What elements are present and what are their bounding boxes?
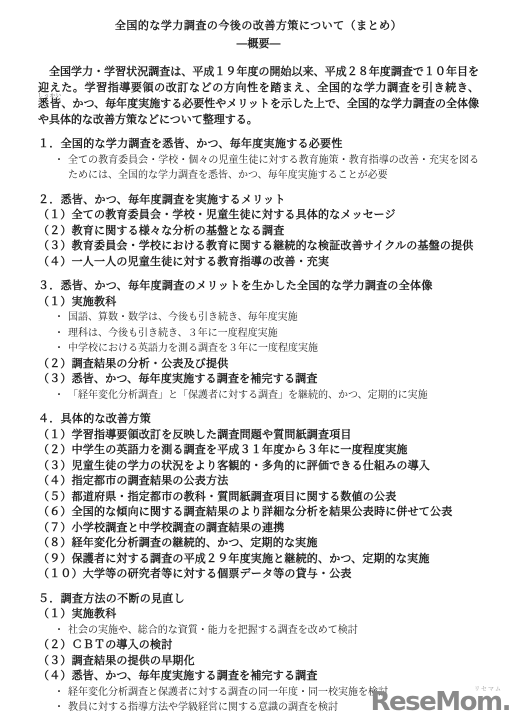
section-heading: ２．悉皆、かつ、毎年度調査を実施するメリット xyxy=(38,193,479,209)
bullet-text: 「経年変化分析調査」と「保護者に対する調査」を継続的、かつ、定期的に実施 xyxy=(68,388,428,404)
section-heading: １．全国的な学力調査を悉皆、かつ、毎年度実施する必要性 xyxy=(38,137,479,153)
section-heading: ５．調査方法の不断の見直し xyxy=(38,592,479,608)
bullet-item: ・「経年変化分析調査」と「保護者に対する調査」を継続的、かつ、定期的に実施 xyxy=(38,388,479,404)
numbered-item: （４）指定都市の調査結果の公表方法 xyxy=(38,474,479,490)
section-1: １．全国的な学力調査を悉皆、かつ、毎年度実施する必要性・全ての教育委員会・学校・… xyxy=(38,137,479,184)
numbered-item: （４）一人一人の児童生徒に対する教育指導の改善・充実 xyxy=(38,255,479,271)
intro-ruby-furigana: しっかい xyxy=(38,93,62,99)
intro-paragraph: 全国学力・学習状況調査は、平成１９年度の開始以来、平成２８年度調査で１０年目を迎… xyxy=(38,64,479,128)
bullet-marker-icon: ・ xyxy=(54,388,68,404)
bullet-text: 教員に対する指導方法や学級経営に関する意識の調査を検討 xyxy=(68,700,338,716)
intro-text-before: 全国学力・学習状況調査は、平成１９年度の開始以来、平成２８年度調査で１０年目を迎… xyxy=(38,66,479,94)
bullet-text: 経年変化分析調査と保護者に対する調査の同一年度・同一校実施を検討 xyxy=(68,685,388,701)
page-subtitle: ―概要― xyxy=(38,36,479,52)
sections-container: １．全国的な学力調査を悉皆、かつ、毎年度実施する必要性・全ての教育委員会・学校・… xyxy=(38,137,479,716)
bullet-marker-icon: ・ xyxy=(54,310,68,326)
page-title: 全国的な学力調査の今後の改善方策について（まとめ） xyxy=(38,18,479,34)
section-heading: ３．悉皆、かつ、毎年度調査のメリットを生かした全国的な学力調査の全体像 xyxy=(38,279,479,295)
bullet-marker-icon: ・ xyxy=(54,623,68,639)
numbered-item: （２）中学生の英語力を測る調査を平成３１年度から３年に一度程度実施 xyxy=(38,443,479,459)
bullet-text: 国語、算数・数学は、今後も引き続き、毎年度実施 xyxy=(68,310,298,326)
bullet-marker-icon: ・ xyxy=(54,685,68,701)
bullet-marker-icon: ・ xyxy=(54,326,68,342)
numbered-item: （９）保護者に対する調査の平成２９年度実施と継続的、かつ、定期的な実施 xyxy=(38,552,479,568)
bullet-item: ・中学校における英語力を測る調査を３年に一度程度実施 xyxy=(38,341,479,357)
numbered-item: （５）都道府県・指定都市の教科・質問紙調査項目に関する数値の公表 xyxy=(38,490,479,506)
numbered-item: （１）学習指導要領改訂を反映した調査問題や質問紙調査項目 xyxy=(38,428,479,444)
numbered-item: （３）教育委員会・学校における教育に関する継続的な検証改善サイクルの基盤の提供 xyxy=(38,239,479,255)
intro-ruby-base: 悉皆 xyxy=(38,98,62,110)
bullet-marker-icon: ・ xyxy=(54,153,68,184)
numbered-item: （１０）大学等の研究者等に対する個票データ等の貸与・公表 xyxy=(38,567,479,583)
numbered-item: （３）児童生徒の学力の状況をより客観的・多角的に評価できる仕組みの導入 xyxy=(38,459,479,475)
numbered-item: （２）調査結果の分析・公表及び提供 xyxy=(38,357,479,373)
numbered-item: （１）全ての教育委員会・学校・児童生徒に対する具体的なメッセージ xyxy=(38,208,479,224)
bullet-text: 中学校における英語力を測る調査を３年に一度程度実施 xyxy=(68,341,318,357)
section-heading: ４．具体的な改善方策 xyxy=(38,412,479,428)
numbered-item: （８）経年変化分析調査の継続的、かつ、定期的な実施 xyxy=(38,536,479,552)
numbered-item: （２）ＣＢＴの導入の検討 xyxy=(38,638,479,654)
numbered-item: （２）教育に関する様々な分析の基盤となる調査 xyxy=(38,224,479,240)
numbered-item: （１）実施教科 xyxy=(38,607,479,623)
bullet-item: ・全ての教育委員会・学校・個々の児童生徒に対する教育施策・教育指導の改善・充実を… xyxy=(38,153,479,184)
numbered-item: （３）調査結果の提供の早期化 xyxy=(38,654,479,670)
bullet-marker-icon: ・ xyxy=(54,341,68,357)
resemom-watermark: リセマム ReseMom. xyxy=(371,687,510,717)
numbered-item: （４）悉皆、かつ、毎年度実施する調査を補完する調査 xyxy=(38,669,479,685)
bullet-text: 全ての教育委員会・学校・個々の児童生徒に対する教育施策・教育指導の改善・充実を図… xyxy=(68,153,479,184)
bullet-item: ・社会の実施や、総合的な資質・能力を把握する調査を改めて検討 xyxy=(38,623,479,639)
bullet-marker-icon: ・ xyxy=(54,700,68,716)
numbered-item: （７）小学校調査と中学校調査の調査結果の連携 xyxy=(38,521,479,537)
section-2: ２．悉皆、かつ、毎年度調査を実施するメリット（１）全ての教育委員会・学校・児童生… xyxy=(38,193,479,271)
bullet-item: ・理科は、今後も引き続き、３年に一度程度実施 xyxy=(38,326,479,342)
resemom-ruby-label: リセマム xyxy=(474,684,502,693)
numbered-item: （６）全国的な傾向に関する調査結果のより詳細な分析を結果公表時に併せて公表 xyxy=(38,505,479,521)
intro-ruby: 悉皆しっかい xyxy=(38,98,62,110)
bullet-text: 社会の実施や、総合的な資質・能力を把握する調査を改めて検討 xyxy=(68,623,358,639)
bullet-item: ・国語、算数・数学は、今後も引き続き、毎年度実施 xyxy=(38,310,479,326)
section-4: ４．具体的な改善方策（１）学習指導要領改訂を反映した調査問題や質問紙調査項目（２… xyxy=(38,412,479,583)
section-3: ３．悉皆、かつ、毎年度調査のメリットを生かした全国的な学力調査の全体像（１）実施… xyxy=(38,279,479,403)
numbered-item: （１）実施教科 xyxy=(38,295,479,311)
numbered-item: （３）悉皆、かつ、毎年度実施する調査を補完する調査 xyxy=(38,372,479,388)
document-page: 全国的な学力調査の今後の改善方策について（まとめ） ―概要― 全国学力・学習状況… xyxy=(0,0,515,716)
bullet-text: 理科は、今後も引き続き、３年に一度程度実施 xyxy=(68,326,278,342)
intro-text-after: 、かつ、毎年度実施する必要性やメリットを示した上で、全国的な学力調査の全体像や具… xyxy=(38,98,479,126)
